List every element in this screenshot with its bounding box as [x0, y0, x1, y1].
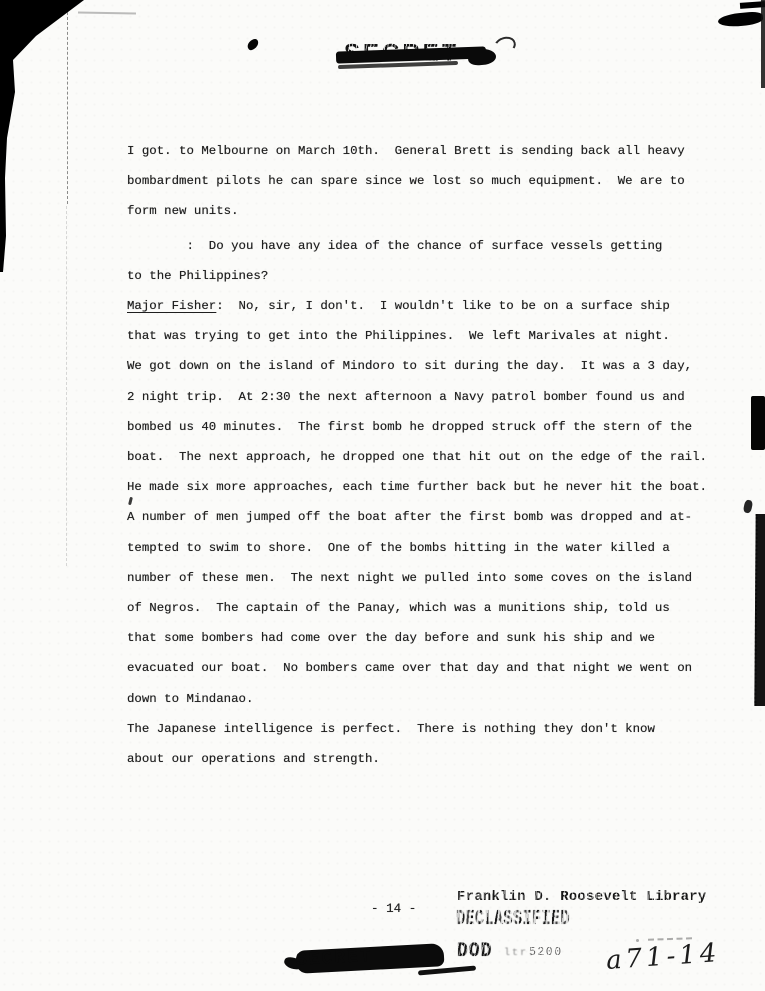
- scan-artifact-right-strip: [754, 514, 765, 706]
- transcript-line: 2 night trip. At 2:30 the next afternoon…: [127, 382, 727, 412]
- scan-artifact-right-bar: [751, 396, 765, 450]
- transcript-line: bombed us 40 minutes. The first bomb he …: [127, 412, 727, 442]
- transcript-line: A number of men jumped off the boat afte…: [127, 502, 727, 532]
- scan-artifact-top-right-blob: [717, 11, 763, 29]
- pen-dot: [636, 939, 639, 942]
- transcript-line: He made six more approaches, each time f…: [127, 472, 727, 502]
- transcript-line: bombardment pilots he can spare since we…: [127, 166, 727, 196]
- transcript-line: down to Mindanao.: [127, 684, 727, 714]
- transcript-line: tempted to swim to shore. One of the bom…: [127, 533, 727, 563]
- scan-artifact-top-edge: [78, 11, 136, 14]
- pen-mark: [246, 38, 261, 52]
- transcript-line: Major Fisher: No, sir, I don't. I wouldn…: [127, 291, 727, 321]
- transcript-line: : Do you have any idea of the chance of …: [127, 231, 727, 261]
- paper-crease-line-faint: [66, 206, 67, 566]
- transcript-line: of Negros. The captain of the Panay, whi…: [127, 593, 727, 623]
- transcript-line: number of these men. The next night we p…: [127, 563, 727, 593]
- transcript-line: We got down on the island of Mindoro to …: [127, 351, 727, 381]
- scan-artifact-right-speck: [743, 499, 754, 513]
- transcript-line: evacuated our boat. No bombers came over…: [127, 653, 727, 683]
- strikethrough-blob: [467, 48, 496, 66]
- dod-stamp: DOD: [457, 940, 492, 963]
- transcript-line: I got. to Melbourne on March 10th. Gener…: [127, 136, 727, 166]
- transcript-line: to the Philippines?: [127, 261, 727, 291]
- scanned-document-page: SECRET I got. to Melbourne on March 10th…: [0, 0, 765, 991]
- transcript-line: boat. The next approach, he dropped one …: [127, 442, 727, 472]
- transcript-line: form new units.: [127, 196, 727, 226]
- pen-curve-mark: [492, 34, 518, 57]
- scan-artifact-top-left-corner: [0, 0, 92, 276]
- library-stamp: Franklin D. Roosevelt Library: [457, 889, 706, 905]
- transcript-line: The Japanese intelligence is perfect. Th…: [127, 714, 727, 744]
- scan-artifact-right-edge-line: [761, 0, 765, 88]
- secret-stamp-bottom-text: SECRET: [295, 947, 373, 971]
- transcript: I got. to Melbourne on March 10th. Gener…: [127, 136, 727, 774]
- dod-stamp-number: 5200: [529, 946, 563, 959]
- transcript-line: about our operations and strength.: [127, 744, 727, 774]
- transcript-line: that was trying to get into the Philippi…: [127, 321, 727, 351]
- declassified-stamp: DECLASSIFIED: [456, 907, 570, 931]
- transcript-line: that some bombers had come over the day …: [127, 623, 727, 653]
- page-number: - 14 -: [371, 902, 416, 916]
- handwritten-note: a71-14: [605, 938, 721, 976]
- paper-crease-line: [67, 12, 68, 204]
- speaker-name: Major Fisher: [127, 299, 216, 313]
